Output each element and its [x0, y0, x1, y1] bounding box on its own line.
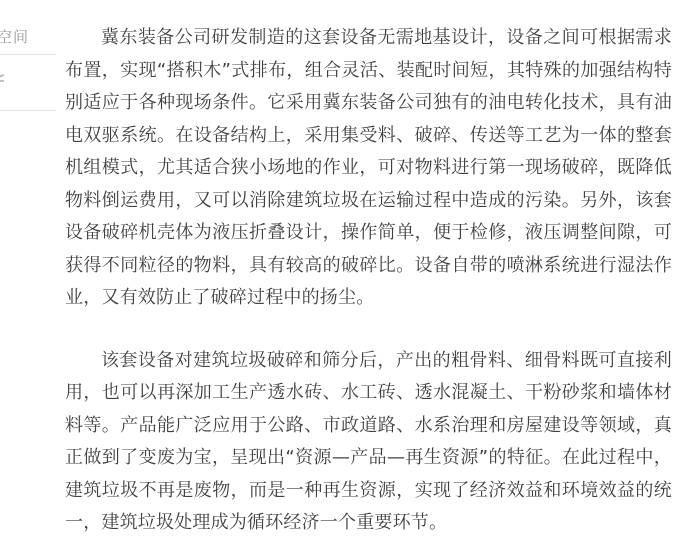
sidebar-item-space[interactable]: 空间 [0, 26, 29, 47]
sidebar-item-fragment[interactable] [0, 74, 5, 85]
sidebar-divider-bottom [0, 110, 56, 111]
article-body: 冀东装备公司研发制造的这套设备无需地基设计，设备之间可根据需求布置，实现“搭积木… [65, 22, 672, 538]
paragraph: 冀东装备公司研发制造的这套设备无需地基设计，设备之间可根据需求布置，实现“搭积木… [65, 22, 672, 315]
sidebar: 空间 [0, 0, 56, 538]
paragraph: 该套设备对建筑垃圾破碎和筛分后，产出的粗骨料、细骨料既可直接利用，也可以再深加工… [65, 345, 672, 538]
page: { "sidebar": { "label": "空间" }, "article… [0, 0, 679, 538]
sidebar-divider-top [0, 54, 56, 55]
